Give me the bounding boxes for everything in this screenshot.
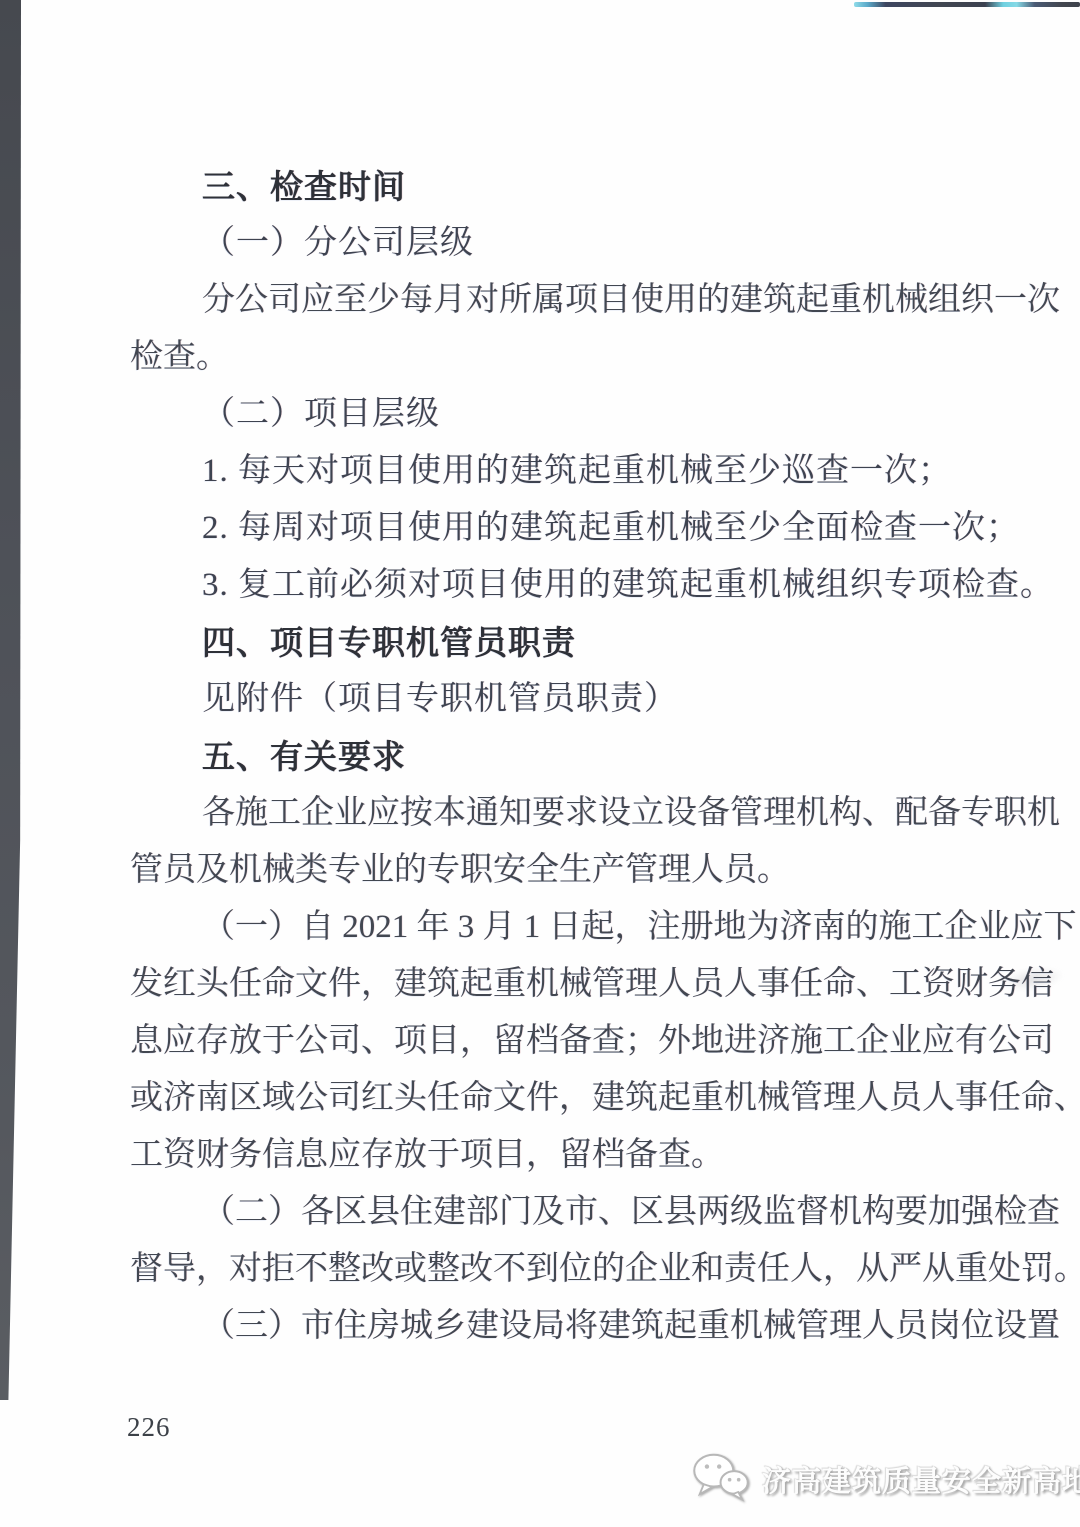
- page-number: 226: [127, 1412, 171, 1443]
- document-body: 三、检查时间（一）分公司层级分公司应至少每月对所属项目使用的建筑起重机械组织一次…: [130, 0, 1045, 1355]
- wechat-icon: [692, 1452, 750, 1507]
- text-line: 督导，对拒不整改或整改不到位的企业和责任人，从严从重处罚。: [130, 1241, 1045, 1298]
- text-line: （二）项目层级: [130, 386, 1045, 443]
- text-line: （一）自 2021 年 3 月 1 日起，注册地为济南的施工企业应下: [130, 899, 1045, 956]
- text-line: 各施工企业应按本通知要求设立设备管理机构、配备专职机: [130, 785, 1045, 842]
- text-line: （一）分公司层级: [130, 215, 1045, 272]
- scanned-document-page: 三、检查时间（一）分公司层级分公司应至少每月对所属项目使用的建筑起重机械组织一次…: [0, 0, 1080, 1527]
- text-line: 1. 每天对项目使用的建筑起重机械至少巡查一次；: [130, 443, 1045, 500]
- text-line: （二）各区县住建部门及市、区县两级监督机构要加强检查: [130, 1184, 1045, 1241]
- text-line: 四、项目专职机管员职责: [130, 614, 1045, 671]
- text-line: （三）市住房城乡建设局将建筑起重机械管理人员岗位设置: [130, 1298, 1045, 1355]
- text-line: 五、有关要求: [130, 728, 1045, 785]
- text-line: 或济南区域公司红头任命文件，建筑起重机械管理人员人事任命、: [130, 1070, 1045, 1127]
- text-line: 2. 每周对项目使用的建筑起重机械至少全面检查一次；: [130, 500, 1045, 557]
- text-line: 管员及机械类专业的专职安全生产管理人员。: [130, 842, 1045, 899]
- text-line: 三、检查时间: [130, 158, 1045, 215]
- scan-spine-artifact: [0, 0, 21, 1400]
- footer-watermark: 济高建筑质量安全新高地: [692, 1452, 1080, 1507]
- text-line: 工资财务信息应存放于项目，留档备查。: [130, 1127, 1045, 1184]
- text-line: 息应存放于公司、项目，留档备查；外地进济施工企业应有公司: [130, 1013, 1045, 1070]
- text-line: 检查。: [130, 329, 1045, 386]
- text-line: 发红头任命文件，建筑起重机械管理人员人事任命、工资财务信: [130, 956, 1045, 1013]
- text-line: 3. 复工前必须对项目使用的建筑起重机械组织专项检查。: [130, 557, 1045, 614]
- footer-brand-text: 济高建筑质量安全新高地: [762, 1459, 1080, 1500]
- text-line: 分公司应至少每月对所属项目使用的建筑起重机械组织一次: [130, 272, 1045, 329]
- text-line: 见附件（项目专职机管员职责）: [130, 671, 1045, 728]
